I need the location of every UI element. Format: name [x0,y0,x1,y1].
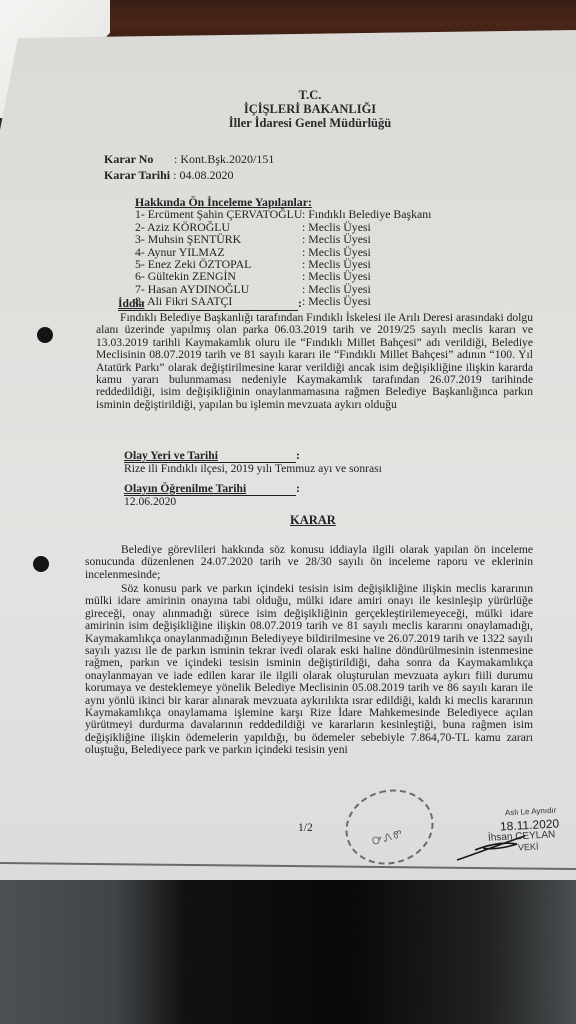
document-header: T.C. İÇİŞLERİ BAKANLIĞI İller İdaresi Ge… [180,88,440,130]
iddia-text-block: Fındıklı Belediye Başkanlığı tarafından … [96,312,533,411]
person-role: : Fındıklı Belediye Başkanı [302,208,431,220]
decision-meta: Karar No: Kont.Bşk.2020/151 Karar Tarihi… [104,151,274,183]
olay-yeri-text: Rize ili Fındıklı ilçesi, 2019 yılı Temm… [124,463,382,475]
iddia-text: Fındıklı Belediye Başkanlığı tarafından … [96,311,533,411]
iddia-heading: İddia: [118,298,318,311]
person-role: : Meclis Üyesi [302,270,371,282]
karar-para1-text: Belediye görevlileri hakkında söz konusu… [85,543,533,581]
iddia-colon: : [298,297,302,310]
olay-yeri-colon: : [296,449,300,462]
persons-list: Hakkında Ön İnceleme Yapılanlar: 1- Ercü… [135,196,431,308]
person-row: 3- Muhsin ŞENTÜRK: Meclis Üyesi [135,233,431,245]
karar-tarihi-label: Karar Tarihi [104,167,170,183]
punch-hole-bottom [33,556,49,572]
person-row: 6- Gültekin ZENGİN: Meclis Üyesi [135,270,431,282]
ogrenilme-colon: : [296,482,300,495]
person-name: 6- Gültekin ZENGİN [135,270,302,282]
person-name: 3- Muhsin ŞENTÜRK [135,233,302,245]
person-name: 1- Ercüment Şahin ÇERVATOĞLU [135,208,302,220]
karar-no-row: Karar No: Kont.Bşk.2020/151 [104,151,274,167]
page-number: 1/2 [298,822,313,834]
karar-tarihi-row: Karar Tarihi: 04.08.2020 [104,167,274,183]
ogrenilme-text: 12.06.2020 [124,496,176,508]
karar-para2-text: Söz konusu park ve parkın içindeki tesis… [85,582,533,756]
karar-no-value: : Kont.Bşk.2020/151 [174,152,274,166]
karar-title: KARAR [290,514,336,526]
person-row: 1- Ercüment Şahin ÇERVATOĞLU: Fındıklı B… [135,208,431,220]
punch-hole-top [37,327,53,343]
karar-tarihi-value: : 04.08.2020 [173,168,233,182]
fabric-background [0,880,576,1024]
person-role: : Meclis Üyesi [302,233,371,245]
karar-paragraph-2: Söz konusu park ve parkın içindeki tesis… [85,583,533,757]
header-tc: T.C. [180,88,440,102]
header-department: İller İdaresi Genel Müdürlüğü [180,116,440,130]
iddia-title: İddia [118,298,298,311]
stamp-text: ᎤᏁᏛ [371,829,406,848]
header-ministry: İÇİŞLERİ BAKANLIĞI [180,102,440,116]
signature-icon [455,832,535,862]
karar-no-label: Karar No [104,151,174,167]
karar-paragraph-1: Belediye görevlileri hakkında söz konusu… [85,544,533,581]
